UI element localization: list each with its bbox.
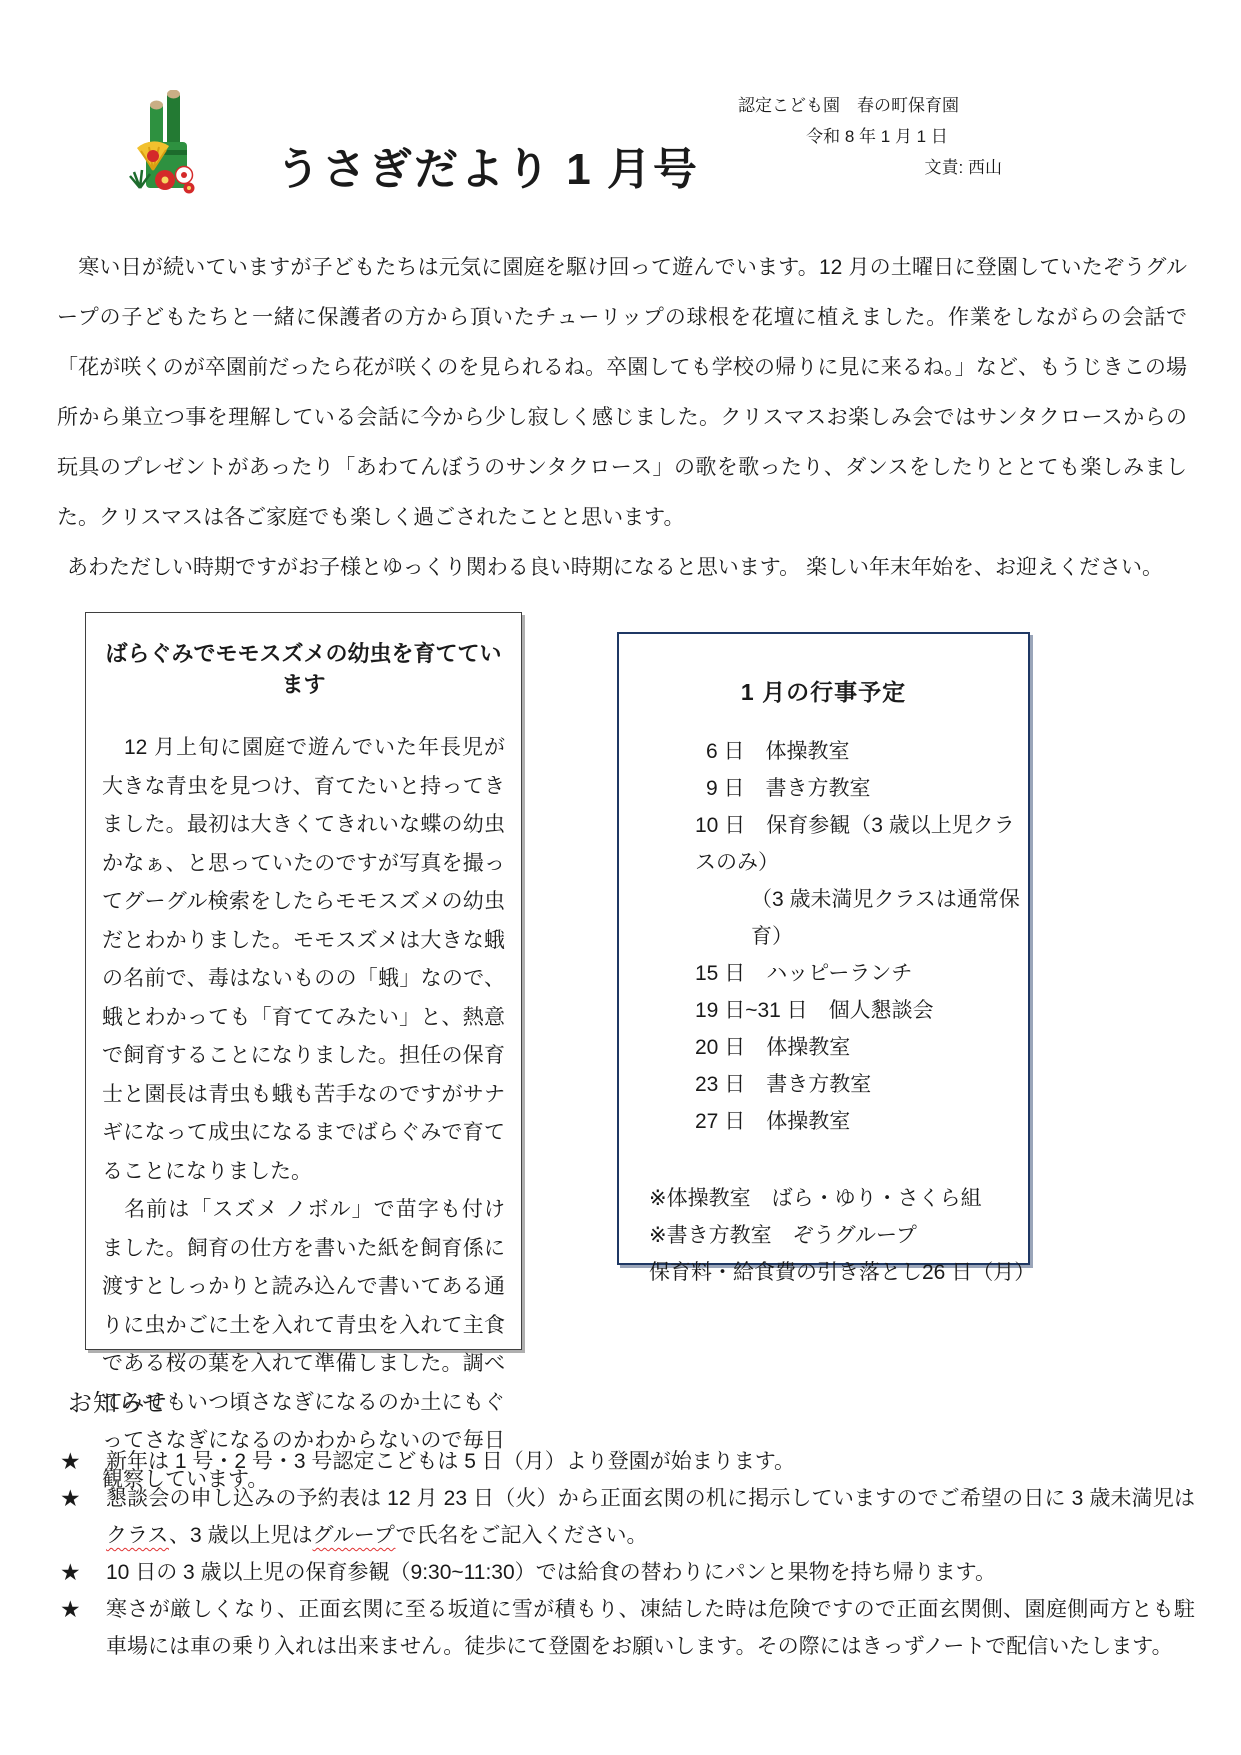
notice-item-text: 寒さが厳しくなり、正面玄関に至る坂道に雪が積もり、凍結した時は危険ですので正面玄… (106, 1591, 1195, 1665)
spellcheck-underlined-word: クラス (106, 1524, 169, 1547)
spellcheck-underlined-word: グループ (313, 1524, 396, 1547)
schedule-item: 6 日 体操教室 (695, 733, 1028, 770)
schedule-item: 10 日 保育参観（3 歳以上児クラスのみ） (695, 807, 1028, 881)
notice-item: ★ 寒さが厳しくなり、正面玄関に至る坂道に雪が積もり、凍結した時は危険ですので正… (60, 1591, 1195, 1665)
newsletter-title: うさぎだより 1 月号 (276, 133, 746, 197)
notice-list: ★ 新年は 1 号・2 号・3 号認定こどもは 5 日（月）より登園が始まります… (60, 1443, 1195, 1665)
notice-heading: お知らせ (68, 1383, 167, 1418)
star-bullet-icon: ★ (60, 1591, 106, 1628)
schedule-note: ※書き方教室 ぞうグループ (649, 1217, 1028, 1254)
schedule-notes: ※体操教室 ばら・ゆり・さくら組 ※書き方教室 ぞうグループ 保育料・給食費の引… (619, 1180, 1028, 1291)
author-line: 文責: 西山 (738, 152, 1016, 183)
schedule-item-continuation: （3 歳未満児クラスは通常保育） (695, 881, 1028, 955)
org-name: 認定こども園 春の町保育園 (738, 90, 1016, 121)
star-bullet-icon: ★ (60, 1554, 106, 1591)
notice-text-segment: 懇談会の申し込みの予約表は 12 月 23 日（火）から正面玄関の机に掲示してい… (106, 1487, 1195, 1510)
notice-item: ★ 10 日の 3 歳以上児の保育参観（9:30~11:30）では給食の替わりに… (60, 1554, 1195, 1591)
article-paragraph-1: 12 月上旬に園庭で遊んでいた年長児が大きな青虫を見つけ、育てたいと持ってきまし… (102, 729, 505, 1191)
newsletter-page: うさぎだより 1 月号 認定こども園 春の町保育園 令和 8 年 1 月 1 日… (0, 0, 1241, 1755)
schedule-item: 15 日 ハッピーランチ (695, 955, 1028, 992)
article-box: ばらぐみでモモスズメの幼虫を育てています 12 月上旬に園庭で遊んでいた年長児が… (85, 612, 522, 1350)
notice-text-segment: で氏名をご記入ください。 (395, 1524, 647, 1547)
schedule-title: 1 月の行事予定 (619, 674, 1028, 707)
notice-item: ★ 新年は 1 号・2 号・3 号認定こどもは 5 日（月）より登園が始まります… (60, 1443, 1195, 1480)
masthead: 認定こども園 春の町保育園 令和 8 年 1 月 1 日 文責: 西山 (738, 90, 1016, 183)
schedule-item: 23 日 書き方教室 (695, 1066, 1028, 1103)
schedule-box: 1 月の行事予定 6 日 体操教室 9 日 書き方教室 10 日 保育参観（3 … (617, 632, 1030, 1265)
notice-item-text: 10 日の 3 歳以上児の保育参観（9:30~11:30）では給食の替わりにパン… (106, 1554, 1195, 1591)
kadomatsu-icon (126, 90, 216, 198)
issue-date: 令和 8 年 1 月 1 日 (738, 121, 1016, 152)
intro-paragraph-1: 寒い日が続いていますが子どもたちは元気に園庭を駆け回って遊んでいます。12 月の… (57, 243, 1187, 543)
schedule-note: ※体操教室 ばら・ゆり・さくら組 (649, 1180, 1028, 1217)
schedule-item: 27 日 体操教室 (695, 1103, 1028, 1140)
star-bullet-icon: ★ (60, 1443, 106, 1480)
notice-text-segment: 、3 歳以上児は (169, 1524, 313, 1547)
article-title: ばらぐみでモモスズメの幼虫を育てています (96, 637, 511, 699)
intro-section: 寒い日が続いていますが子どもたちは元気に園庭を駆け回って遊んでいます。12 月の… (57, 243, 1187, 593)
schedule-note: 保育料・給食費の引き落とし26 日（月） (649, 1254, 1028, 1291)
schedule-items: 6 日 体操教室 9 日 書き方教室 10 日 保育参観（3 歳以上児クラスのみ… (619, 733, 1028, 1140)
schedule-item: 9 日 書き方教室 (695, 770, 1028, 807)
star-bullet-icon: ★ (60, 1480, 106, 1517)
schedule-item: 20 日 体操教室 (695, 1029, 1028, 1066)
notice-item: ★ 懇談会の申し込みの予約表は 12 月 23 日（火）から正面玄関の机に掲示し… (60, 1480, 1195, 1554)
notice-item-text: 懇談会の申し込みの予約表は 12 月 23 日（火）から正面玄関の机に掲示してい… (106, 1480, 1195, 1554)
schedule-item: 19 日~31 日 個人懇談会 (695, 992, 1028, 1029)
intro-paragraph-2: あわただしい時期ですがお子様とゆっくり関わる良い時期になると思います。 楽しい年… (57, 543, 1187, 593)
notice-item-text: 新年は 1 号・2 号・3 号認定こどもは 5 日（月）より登園が始まります。 (106, 1443, 1195, 1480)
